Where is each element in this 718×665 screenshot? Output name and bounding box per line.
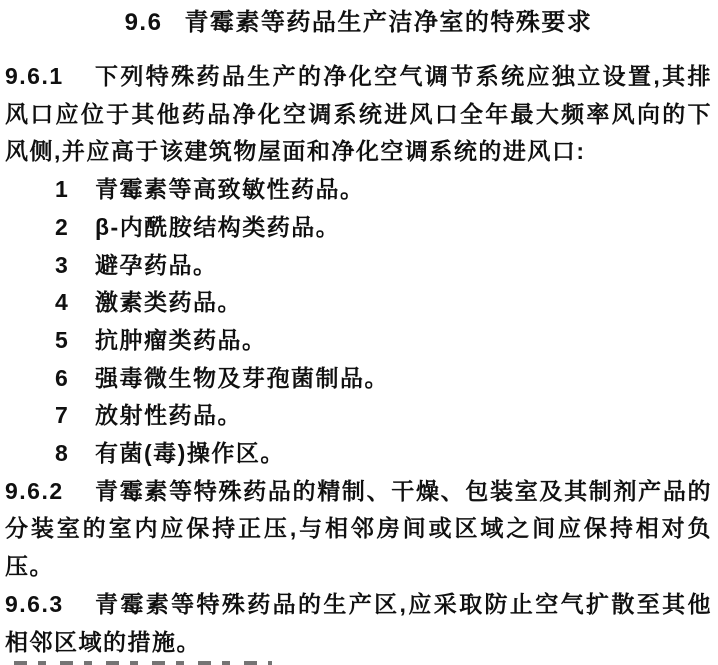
list-item-3-text: 避孕药品。 <box>95 252 218 278</box>
list-item-7-text: 放射性药品。 <box>95 402 242 428</box>
section-title: 9.6青霉素等药品生产洁净室的特殊要求 <box>5 6 712 40</box>
clause-9-6-2-number: 9.6.2 <box>5 473 95 511</box>
list-item-1-text: 青霉素等高致敏性药品。 <box>95 176 365 202</box>
clause-9-6-2-line-2: 分装室的室内应保持正压,与相邻房间或区域之间应保持相对负 <box>5 510 712 548</box>
list-item-3-number: 3 <box>55 247 95 285</box>
clause-9-6-3-line-1: 9.6.3 青霉素等特殊药品的生产区,应采取防止空气扩散至其他 <box>5 586 712 624</box>
list-item-8: 8有菌(毒)操作区。 <box>5 435 712 473</box>
clause-9-6-3-number: 9.6.3 <box>5 586 95 624</box>
list-item-7-number: 7 <box>55 397 95 435</box>
list-item-2: 2β-内酰胺结构类药品。 <box>5 209 712 247</box>
list-item-5: 5抗肿瘤类药品。 <box>5 322 712 360</box>
list-item-5-number: 5 <box>55 322 95 360</box>
clause-9-6-2-text: 青霉素等特殊药品的精制、干燥、包装室及其制剂产品的 <box>95 473 712 511</box>
section-title-text: 青霉素等药品生产洁净室的特殊要求 <box>184 9 592 36</box>
list-item-1-number: 1 <box>55 171 95 209</box>
list-item-2-text: β-内酰胺结构类药品。 <box>95 214 340 240</box>
clause-9-6-1-text: 下列特殊药品生产的净化空气调节系统应独立设置,其排 <box>95 58 712 96</box>
clause-9-6-3-line-2: 相邻区域的措施。 <box>5 624 712 662</box>
clause-9-6-1: 9.6.1 下列特殊药品生产的净化空气调节系统应独立设置,其排 风口应位于其他药… <box>5 58 712 171</box>
clause-9-6-3: 9.6.3 青霉素等特殊药品的生产区,应采取防止空气扩散至其他 相邻区域的措施。 <box>5 586 712 661</box>
list-item-1: 1青霉素等高致敏性药品。 <box>5 171 712 209</box>
list-item-8-text: 有菌(毒)操作区。 <box>95 440 285 466</box>
clause-9-6-1-number: 9.6.1 <box>5 58 95 96</box>
clause-9-6-1-line-3: 风侧,并应高于该建筑物屋面和净化空调系统的进风口: <box>5 133 712 171</box>
clause-9-6-2: 9.6.2 青霉素等特殊药品的精制、干燥、包装室及其制剂产品的 分装室的室内应保… <box>5 473 712 586</box>
list-item-3: 3避孕药品。 <box>5 247 712 285</box>
list-item-2-number: 2 <box>55 209 95 247</box>
list-item-7: 7放射性药品。 <box>5 397 712 435</box>
list-item-6-number: 6 <box>55 360 95 398</box>
clause-9-6-3-text: 青霉素等特殊药品的生产区,应采取防止空气扩散至其他 <box>95 586 712 624</box>
clause-9-6-2-line-1: 9.6.2 青霉素等特殊药品的精制、干燥、包装室及其制剂产品的 <box>5 473 712 511</box>
next-line-clipped <box>14 661 272 665</box>
list-item-5-text: 抗肿瘤类药品。 <box>95 327 267 353</box>
list-item-8-number: 8 <box>55 435 95 473</box>
clause-9-6-2-line-3: 压。 <box>5 548 712 586</box>
section-title-number: 9.6 <box>125 9 163 36</box>
clause-9-6-1-line-1: 9.6.1 下列特殊药品生产的净化空气调节系统应独立设置,其排 <box>5 58 712 96</box>
list-item-4-text: 激素类药品。 <box>95 289 242 315</box>
list-item-6: 6强毒微生物及芽孢菌制品。 <box>5 360 712 398</box>
document-page: 9.6青霉素等药品生产洁净室的特殊要求 9.6.1 下列特殊药品生产的净化空气调… <box>0 0 718 665</box>
clause-9-6-1-line-2: 风口应位于其他药品净化空调系统进风口全年最大频率风向的下 <box>5 96 712 134</box>
list-item-4: 4激素类药品。 <box>5 284 712 322</box>
list-item-4-number: 4 <box>55 284 95 322</box>
special-drug-list: 1青霉素等高致敏性药品。 2β-内酰胺结构类药品。 3避孕药品。 4激素类药品。… <box>5 171 712 473</box>
list-item-6-text: 强毒微生物及芽孢菌制品。 <box>95 365 389 391</box>
